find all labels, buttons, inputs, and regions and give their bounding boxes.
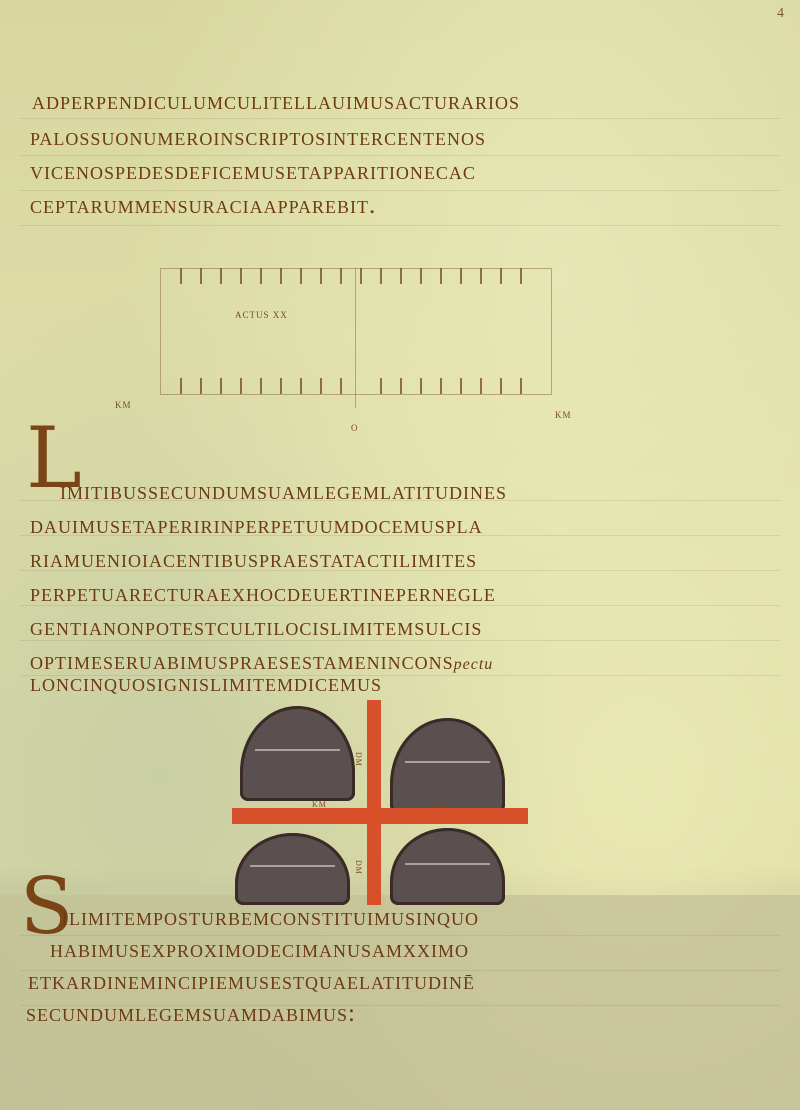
text-line: ceptarummensuraciaapparebit. [30,192,376,220]
ruling-line [20,118,780,119]
diagram-center-line [355,268,356,408]
text-line: habimusexproximodecimanusamxximo [50,936,469,964]
cross-label-left: KM [312,800,327,809]
hill-bottom-right [390,828,505,905]
diagram-label-left: KM [115,400,132,410]
diagram-label-bottom: O [351,423,359,433]
text-line: secundumlegemsuamdabimus: [26,1000,356,1028]
hill-top-left [240,706,355,801]
text-line-suffix: pectu [454,656,494,673]
text-line: loncinquosignislimitemdicemus [30,670,382,698]
hill-top-right [390,718,505,813]
cross-hills-diagram: DM KM KAL DM [230,700,530,905]
diagram-frame [160,268,552,395]
text-line: ilimitemposturbemconstituimusinquo [62,904,479,932]
ruling-line [20,155,780,156]
text-line: adperpendiculumculitellauimusacturarios [32,88,520,116]
manuscript-page: 4 adperpendiculumculitellauimusacturario… [0,0,800,1110]
text-line: riamuenioiacentibuspraestatactilimites [30,546,477,574]
text-line: palossuonumeroinscriptosintercentenos [30,124,486,152]
diagram-label-right: KM [555,410,572,420]
cross-horizontal-bar [232,808,528,824]
text-line: imitibussecundumsuamlegemlatitudines [60,478,507,506]
hill-bottom-left [235,833,350,905]
text-line: vicenospedesdeficemusetapparitionecac [30,158,476,186]
ruling-line [20,225,780,226]
ruling-line [20,190,780,191]
cross-label-top: DM [354,752,363,767]
cross-label-right: KAL [430,800,449,809]
text-line: gentianonpotestcultilocislimitemsulcis [30,614,482,642]
text-line: etkardinemincipiemusestquaelatitudinē [28,968,475,996]
cross-vertical-bar [367,700,381,905]
boundary-diagram: ACTUS XX KM KM O [155,258,555,408]
cross-label-bottom: DM [354,860,363,875]
diagram-label-actus: ACTUS XX [235,310,288,320]
folio-mark: 4 [777,6,784,22]
text-line: perpetuarecturaexhocdeuertineperneglE [30,580,496,608]
text-line: dauimusetaperirinperpetuumdocemuspla [30,512,483,540]
